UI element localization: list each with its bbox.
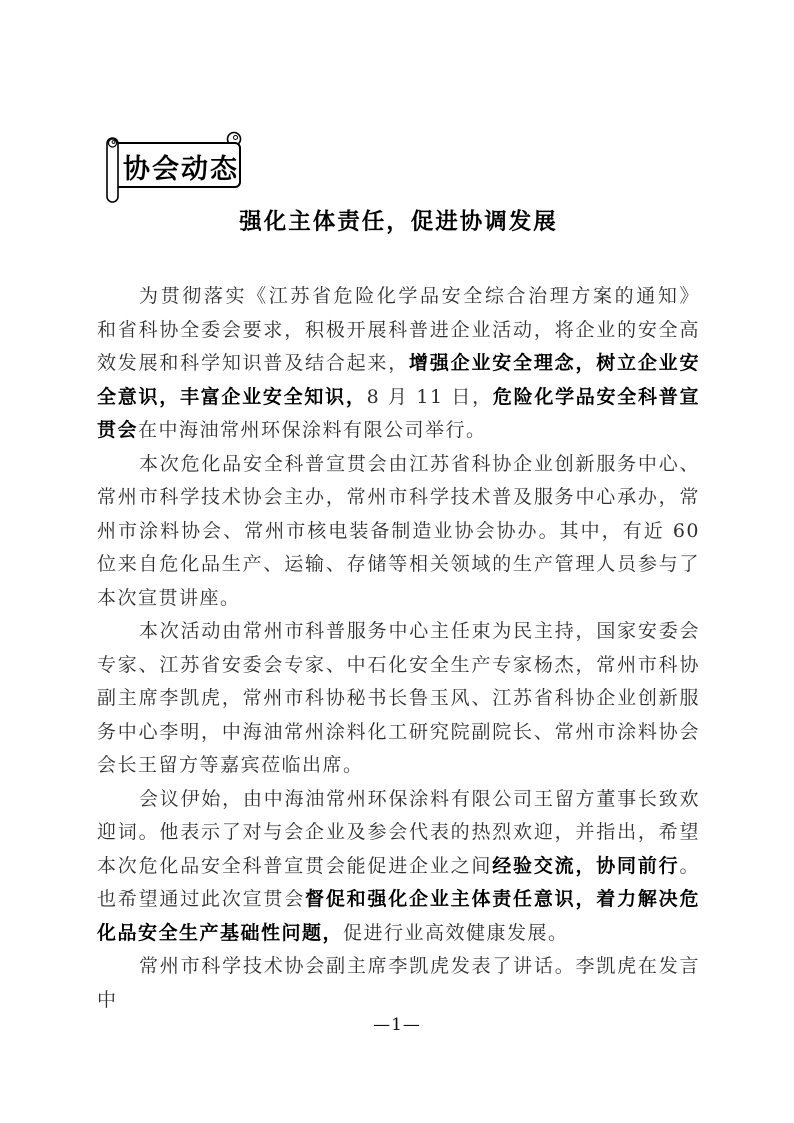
text-run: 常州市科学技术协会副主席李凯虎发表了讲话。李凯虎在发言中 bbox=[97, 955, 700, 1011]
banner-label: 协会动态 bbox=[120, 145, 242, 187]
text-run: 在中海油常州环保涂料有限公司举行。 bbox=[138, 419, 487, 441]
paragraph: 本次活动由常州市科普服务中心主任束为民主持，国家安委会专家、江苏省安委会专家、中… bbox=[97, 615, 700, 783]
text-run: 8 月 11 日， bbox=[367, 386, 493, 408]
text-run: 促进行业高效健康发展。 bbox=[343, 922, 569, 944]
page-title: 强化主体责任，促进协调发展 bbox=[97, 204, 700, 236]
paragraph: 本次危化品安全科普宣贯会由江苏省科协企业创新服务中心、常州市科学技术协会主办，常… bbox=[97, 448, 700, 616]
banner-scroll: 协会动态 bbox=[96, 124, 258, 216]
bold-text-run: 经验交流，协同前行 bbox=[492, 855, 679, 877]
paragraph: 为贯彻落实《江苏省危险化学品安全综合治理方案的通知》 和省科协全委会要求，积极开… bbox=[97, 280, 700, 448]
text-run: 本次活动由常州市科普服务中心主任束为民主持，国家安委会专家、江苏省安委会专家、中… bbox=[97, 620, 700, 776]
document-page: 协会动态 强化主体责任，促进协调发展 为贯彻落实《江苏省危险化学品安全综合治理方… bbox=[0, 0, 794, 1123]
page-number: —1— bbox=[0, 1015, 794, 1035]
text-run: 本次危化品安全科普宣贯会由江苏省科协企业创新服务中心、常州市科学技术协会主办，常… bbox=[97, 453, 700, 609]
article: 为贯彻落实《江苏省危险化学品安全综合治理方案的通知》 和省科协全委会要求，积极开… bbox=[97, 280, 700, 1017]
paragraph: 常州市科学技术协会副主席李凯虎发表了讲话。李凯虎在发言中 bbox=[97, 950, 700, 1017]
paragraph: 会议伊始，由中海油常州环保涂料有限公司王留方董事长致欢迎词。他表示了对与会企业及… bbox=[97, 783, 700, 951]
